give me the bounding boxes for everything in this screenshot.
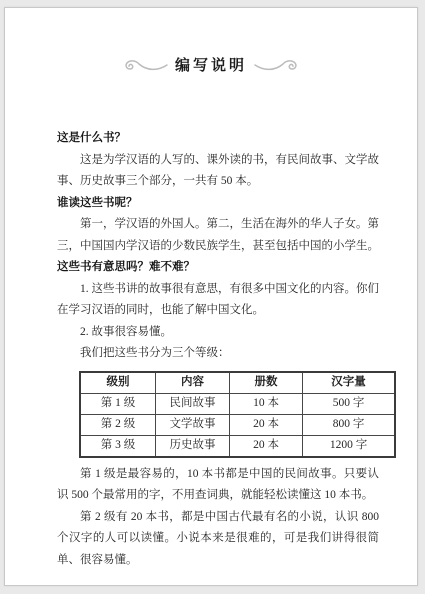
cell-content: 文学故事 (156, 414, 230, 435)
levels-table: 级别 内容 册数 汉字量 第 1 级 民间故事 10 本 500 字 第 2 级… (79, 371, 396, 458)
paragraph-book-intro: 这是为学汉语的人写的、课外读的书，有民间故事、文学故事、历史故事三个部分，一共有… (57, 150, 379, 193)
paragraph-point-2: 2. 故事很容易懂。 (57, 322, 379, 344)
table-row-level-3: 第 3 级 历史故事 20 本 1200 字 (80, 435, 395, 457)
paragraph-point-1: 1. 这些书讲的故事很有意思，有很多中国文化的内容。你们在学习汉语的同时，也能了… (57, 279, 379, 322)
col-header-volumes: 册数 (230, 372, 303, 394)
cell-char-count: 500 字 (303, 393, 396, 414)
book-page: 编写说明 这是什么书？ 这是为学汉语的人写的、课外读的书，有民间故事、文学故事、… (4, 7, 418, 586)
paragraph-levels-intro: 我们把这些书分为三个等级： (57, 343, 379, 365)
flourish-left-icon (122, 57, 168, 73)
cell-volumes: 20 本 (230, 414, 303, 435)
cell-level: 第 2 级 (80, 414, 156, 435)
cell-char-count: 1200 字 (303, 435, 396, 457)
cell-char-count: 800 字 (303, 414, 396, 435)
heading-interesting: 这些书有意思吗？难不难？ (57, 257, 379, 279)
cell-volumes: 20 本 (230, 435, 303, 457)
col-header-char-count: 汉字量 (303, 372, 396, 394)
page-title: 编写说明 (175, 54, 247, 75)
paragraph-level-2-detail: 第 2 级有 20 本书，都是中国古代最有名的小说，认识 800 个汉字的人可以… (57, 507, 379, 572)
cell-content: 历史故事 (156, 435, 230, 457)
heading-what-book: 这是什么书？ (57, 128, 379, 150)
paragraph-level-1-detail: 第 1 级是最容易的，10 本书都是中国的民间故事。只要认识 500 个最常用的… (57, 464, 379, 507)
body-text: 这是什么书？ 这是为学汉语的人写的、课外读的书，有民间故事、文学故事、历史故事三… (57, 128, 379, 571)
heading-who-reads: 谁读这些书呢？ (57, 193, 379, 215)
flourish-right-icon (254, 57, 300, 73)
table-row-level-2: 第 2 级 文学故事 20 本 800 字 (80, 414, 395, 435)
cell-content: 民间故事 (156, 393, 230, 414)
table-header-row: 级别 内容 册数 汉字量 (80, 372, 395, 394)
table-row-level-1: 第 1 级 民间故事 10 本 500 字 (80, 393, 395, 414)
paragraph-audience: 第一，学汉语的外国人。第二，生活在海外的华人子女。第三，中国国内学汉语的少数民族… (57, 214, 379, 257)
cell-volumes: 10 本 (230, 393, 303, 414)
col-header-level: 级别 (80, 372, 156, 394)
cell-level: 第 1 级 (80, 393, 156, 414)
section-title-row: 编写说明 (5, 54, 417, 75)
col-header-content: 内容 (156, 372, 230, 394)
cell-level: 第 3 级 (80, 435, 156, 457)
